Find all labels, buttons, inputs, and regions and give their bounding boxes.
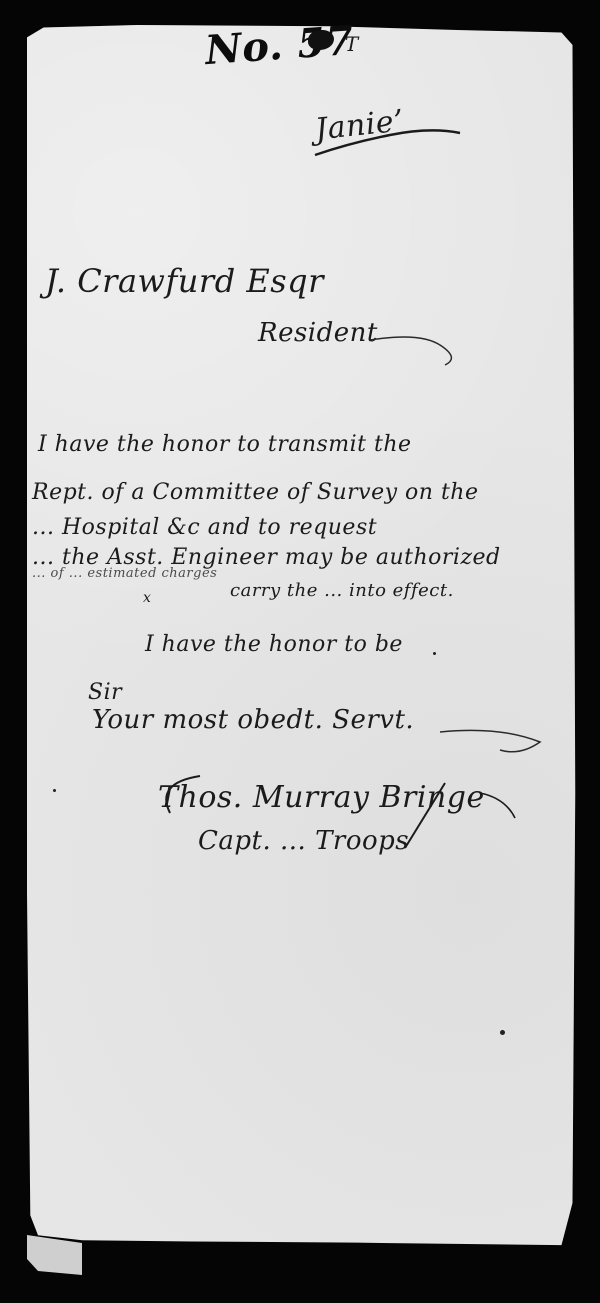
body-line-2: Rept. of a Committee of Survey on the bbox=[32, 480, 478, 505]
interlinear-note: ... of ... estimated charges bbox=[32, 566, 217, 581]
addressee-name: J. Crawfurd Esqr bbox=[45, 262, 324, 300]
closing-line-2: Sir bbox=[88, 680, 122, 705]
signature-name: Thos. Murray Bringe bbox=[158, 780, 485, 815]
body-line-3: ... Hospital &c and to request bbox=[32, 515, 377, 540]
paper-speck bbox=[433, 652, 436, 655]
closing-line-3: Your most obedt. Servt. bbox=[92, 705, 414, 735]
body-line-5: carry the ... into effect. bbox=[230, 580, 454, 601]
signature-title: Capt. ... Troops bbox=[198, 826, 409, 856]
corner-mark: ·T bbox=[338, 32, 359, 56]
insertion-caret: x bbox=[143, 590, 151, 606]
body-line-1: I have the honor to transmit the bbox=[38, 432, 412, 457]
closing-line-1: I have the honor to be bbox=[145, 632, 403, 657]
addressee-title: Resident bbox=[258, 318, 378, 348]
paper-speck bbox=[500, 1030, 505, 1035]
paper-speck bbox=[53, 789, 56, 792]
